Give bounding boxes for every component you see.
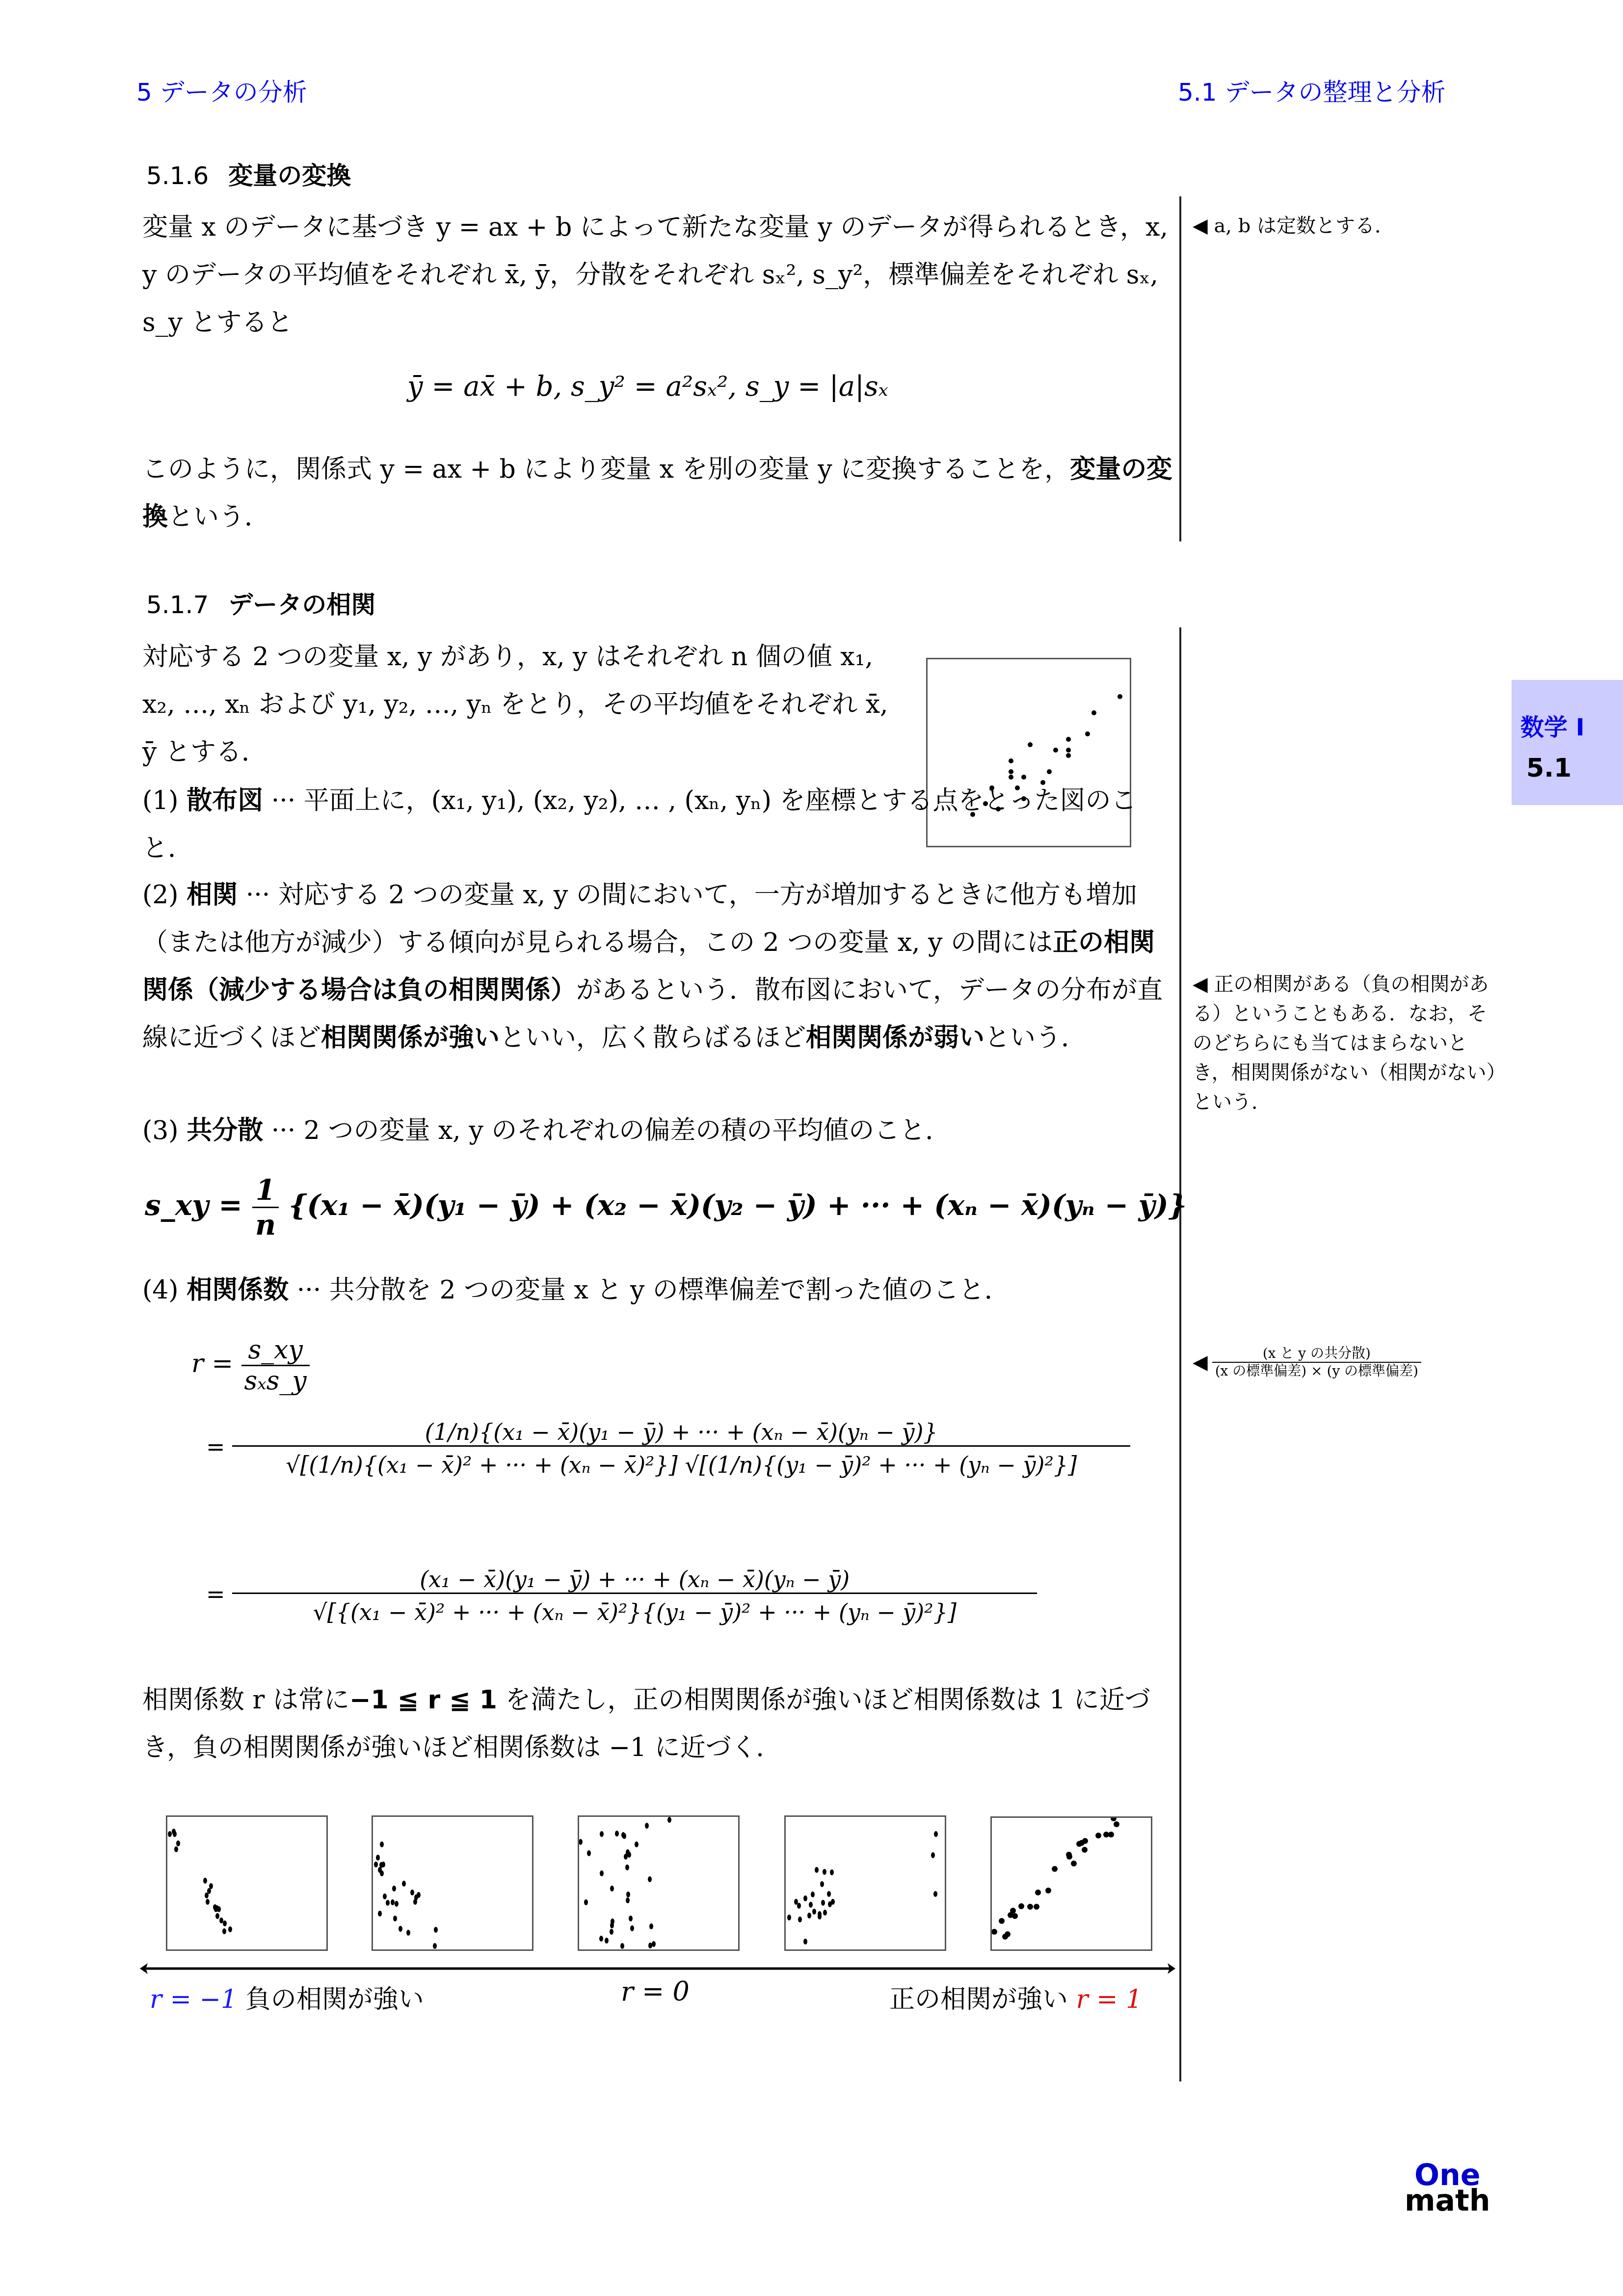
item-correlation-coefficient: (4) 相関係数 ··· 共分散を 2 つの変量 x と y の標準偏差で割った… — [142, 1267, 1178, 1314]
scatter-plot-r-zero — [578, 1815, 740, 1951]
scatter-points — [992, 1818, 1151, 1949]
scatter-points — [167, 1817, 326, 1949]
section-title: 変量の変換 — [228, 162, 351, 190]
arrow-left-icon: ◀ — [1193, 1351, 1208, 1374]
r-minus-one: r = −1 — [150, 1985, 237, 2014]
scatter-points — [579, 1817, 738, 1949]
term-weak: 相関関係が弱い — [806, 1023, 984, 1053]
scale-label-zero: r = 0 — [621, 1976, 690, 2007]
term-correlation: 相関 — [186, 880, 238, 910]
logo-math: math — [1405, 2188, 1490, 2214]
double-arrow-icon — [140, 1961, 1175, 1976]
scale-label-negative: r = −1 負の相関が強い — [150, 1978, 424, 2015]
formula-r-line1: r = s_xysₓs_y — [191, 1335, 310, 1396]
text: 負の相関が強い — [237, 1985, 424, 2014]
fraction: (1/n){(x₁ − x̄)(y₁ − ȳ) + ··· + (xₙ − x̄… — [232, 1419, 1130, 1478]
item-number: (2) — [142, 880, 186, 910]
onemath-logo: One math — [1405, 2162, 1490, 2214]
text: という． — [984, 1023, 1087, 1053]
fraction: s_xysₓs_y — [241, 1335, 310, 1396]
margin-note-correlation: ◀ 正の相関がある（負の相関がある）ということもある．なお，そのどちらにも当ては… — [1193, 970, 1497, 1117]
text: といい，広く散らばるほど — [500, 1023, 806, 1053]
text: 相関係数 r は常に — [142, 1685, 349, 1715]
term-scatter: 散布図 — [186, 786, 263, 815]
scatter-plot-negative — [372, 1815, 533, 1951]
section-title: データの相関 — [228, 591, 375, 619]
margin-rule — [1179, 627, 1181, 2081]
fraction: 1n — [252, 1173, 279, 1242]
header-chapter[interactable]: 5 データの分析 — [136, 73, 307, 108]
item-covariance: (3) 共分散 ··· 2 つの変量 x, y のそれぞれの偏差の積の平均値のこ… — [142, 1107, 1178, 1155]
scatter-points — [373, 1817, 532, 1949]
header-section[interactable]: 5.1 データの整理と分析 — [1178, 73, 1445, 108]
paragraph-intro: 対応する 2 つの変量 x, y があり，x, y はそれぞれ n 個の値 x₁… — [142, 633, 888, 776]
fraction: (x と y の共分散)(x の標準偏差) × (y の標準偏差) — [1212, 1345, 1421, 1379]
cov-rhs: {(x₁ − x̄)(y₁ − ȳ) + (x₂ − x̄)(y₂ − ȳ) +… — [289, 1189, 1187, 1222]
paragraph-summary: 相関係数 r は常に−1 ≦ r ≦ 1 を満たし，正の相関関係が強いほど相関係… — [142, 1676, 1178, 1772]
margin-note-formula: ◀ (x と y の共分散)(x の標準偏差) × (y の標準偏差) — [1193, 1345, 1507, 1379]
text: ··· 対応する 2 つの変量 x, y の間において，一方が増加するときに他方… — [142, 880, 1137, 957]
item-number: (1) — [142, 786, 186, 815]
range-inequality: −1 ≦ r ≦ 1 — [349, 1685, 497, 1715]
section-heading-517: 5.1.7データの相関 — [146, 585, 375, 621]
r-lhs: r = — [191, 1349, 233, 1378]
scale-label-positive: 正の相関が強い r = 1 — [889, 1978, 1142, 2015]
text: ··· 2 つの変量 x, y のそれぞれの偏差の積の平均値のこと． — [263, 1116, 951, 1145]
section-number: 5.1.7 — [146, 591, 209, 619]
scatter-plot-r-minus-1 — [166, 1815, 328, 1951]
scatter-plot-r-plus-1 — [990, 1816, 1152, 1951]
term-covariance: 共分散 — [186, 1116, 263, 1145]
paragraph: 変量 x のデータに基づき y = ax + b によって新たな変量 y のデー… — [142, 204, 1178, 347]
formula-r-line2: = (1/n){(x₁ − x̄)(y₁ − ȳ) + ··· + (xₙ − … — [206, 1419, 1130, 1478]
scatter-plot-positive — [784, 1815, 946, 1951]
chapter-tab[interactable]: 数学 I 5.1 — [1512, 680, 1623, 805]
equals: = — [206, 1433, 225, 1460]
paragraph: このように，関係式 y = ax + b により変量 x を別の変量 y に変換… — [142, 446, 1178, 541]
fraction: (x₁ − x̄)(y₁ − ȳ) + ··· + (xₙ − x̄)(yₙ −… — [232, 1566, 1037, 1625]
formula-transform: ȳ = ax̄ + b, s_y² = a²sₓ², s_y = |a|sₓ — [407, 371, 888, 403]
item-scatter-diagram: (1) 散布図 ··· 平面上に，(x₁, y₁), (x₂, y₂), … ,… — [142, 777, 1178, 872]
section-heading-516: 5.1.6変量の変換 — [146, 156, 351, 191]
section-number: 5.1.6 — [146, 162, 209, 190]
formula-covariance: s_xy = 1n {(x₁ − x̄)(y₁ − ȳ) + (x₂ − x̄)… — [145, 1173, 1187, 1242]
cov-lhs: s_xy = — [145, 1189, 242, 1222]
formula-r-line3: = (x₁ − x̄)(y₁ − ȳ) + ··· + (xₙ − x̄)(yₙ… — [206, 1566, 1037, 1625]
term-corr-coef: 相関係数 — [186, 1275, 289, 1305]
text: 正の相関が強い — [889, 1985, 1076, 2014]
margin-note: ◀ a, b は定数とする． — [1193, 211, 1507, 241]
term-strong: 相関関係が強い — [321, 1023, 500, 1053]
margin-rule — [1179, 196, 1181, 541]
tab-subject: 数学 I — [1520, 708, 1585, 742]
text: このように，関係式 y = ax + b により変量 x を別の変量 y に変換… — [142, 455, 1070, 484]
scatter-points — [786, 1817, 945, 1949]
equals: = — [206, 1581, 225, 1607]
item-number: (4) — [142, 1275, 186, 1305]
item-correlation: (2) 相関 ··· 対応する 2 つの変量 x, y の間において，一方が増加… — [142, 871, 1178, 1062]
text: ··· 共分散を 2 つの変量 x と y の標準偏差で割った値のこと． — [289, 1275, 1010, 1305]
r-plus-one: r = 1 — [1076, 1985, 1143, 2014]
item-number: (3) — [142, 1116, 186, 1145]
tab-section: 5.1 — [1526, 754, 1571, 783]
text: ··· 平面上に，(x₁, y₁), (x₂, y₂), … , (xₙ, yₙ… — [142, 786, 1136, 863]
text: という． — [168, 502, 270, 532]
